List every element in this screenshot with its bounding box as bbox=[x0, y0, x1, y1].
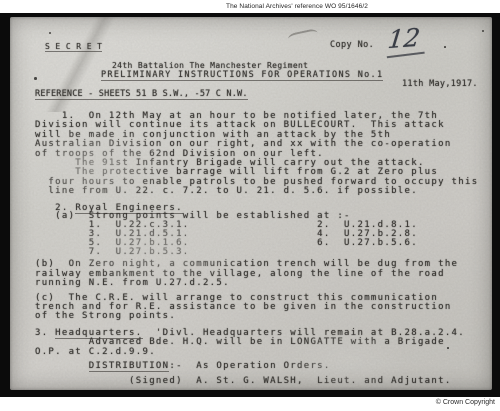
document-line: 7. U.27.b.5.3. bbox=[35, 248, 490, 257]
text-segment: (Signed) A. St. G. WALSH, Lieut. and Adj… bbox=[35, 376, 452, 386]
paragraph-hq: 3. Headquarters. 'Divl. Headquarters wil… bbox=[35, 329, 490, 357]
ink-speck bbox=[444, 46, 446, 48]
document-date: 11th May,1917. bbox=[402, 79, 478, 89]
document-body: 1. On 12th May at an hour to be notified… bbox=[35, 112, 490, 386]
paragraph-list: 2. Royal Engineers. (a) Strong points wi… bbox=[35, 204, 490, 257]
text-segment bbox=[35, 361, 89, 371]
archive-reference: The National Archives' reference WO 95/1… bbox=[226, 3, 368, 10]
paragraph-dist: DISTRIBUTION:- As Operation Orders. bbox=[35, 362, 490, 371]
paragraph-signed: (Signed) A. St. G. WALSH, Lieut. and Adj… bbox=[35, 377, 490, 386]
ink-speck bbox=[447, 347, 449, 349]
document-line: DISTRIBUTION:- As Operation Orders. bbox=[35, 362, 490, 371]
text-segment: :- As Operation Orders. bbox=[169, 361, 330, 371]
ink-speck bbox=[49, 32, 51, 34]
paragraph-b: (b) On Zero night, a communication trenc… bbox=[35, 260, 490, 288]
underlined-text: DISTRIBUTION bbox=[89, 361, 170, 372]
handwritten-copy-number: 12 bbox=[386, 23, 421, 54]
ink-speck bbox=[34, 77, 37, 80]
text-segment: of the Strong points. bbox=[35, 311, 176, 321]
text-segment: line from U. 22. c. 7.2. to U. 21. d. 5.… bbox=[35, 186, 418, 196]
text-segment: running N.E. from U.27.d.2.5. bbox=[35, 278, 230, 288]
crown-copyright: © Crown Copyright bbox=[436, 399, 495, 406]
copy-number-label: Copy No. bbox=[330, 40, 374, 50]
document-line: (Signed) A. St. G. WALSH, Lieut. and Adj… bbox=[35, 377, 490, 386]
text-segment: 7. U.27.b.5.3. bbox=[35, 247, 190, 257]
document-title: PRELIMINARY INSTRUCTIONS FOR OPERATIONS … bbox=[101, 70, 383, 80]
ink-speck bbox=[482, 30, 484, 32]
document-line: line from U. 22. c. 7.2. to U. 21. d. 5.… bbox=[35, 187, 490, 196]
document-line: running N.E. from U.27.d.2.5. bbox=[35, 279, 490, 288]
unit-title: 24th Battalion The Manchester Regiment bbox=[112, 61, 308, 70]
paragraph-intro: 1. On 12th May at an hour to be notified… bbox=[35, 112, 490, 197]
document-line: of the Strong points. bbox=[35, 312, 490, 321]
page: The National Archives' reference WO 95/1… bbox=[0, 0, 500, 411]
paragraph-c: (c) The C.R.E. will arrange to construct… bbox=[35, 294, 490, 322]
classification-stamp: S E C R E T bbox=[45, 42, 102, 51]
document-line: O.P. at C.2.d.9.9. bbox=[35, 348, 490, 357]
text-segment: O.P. at C.2.d.9.9. bbox=[35, 347, 156, 357]
map-reference-line: REFERENCE - SHEETS 51 B S.W., -57 C N.W. bbox=[35, 89, 248, 99]
